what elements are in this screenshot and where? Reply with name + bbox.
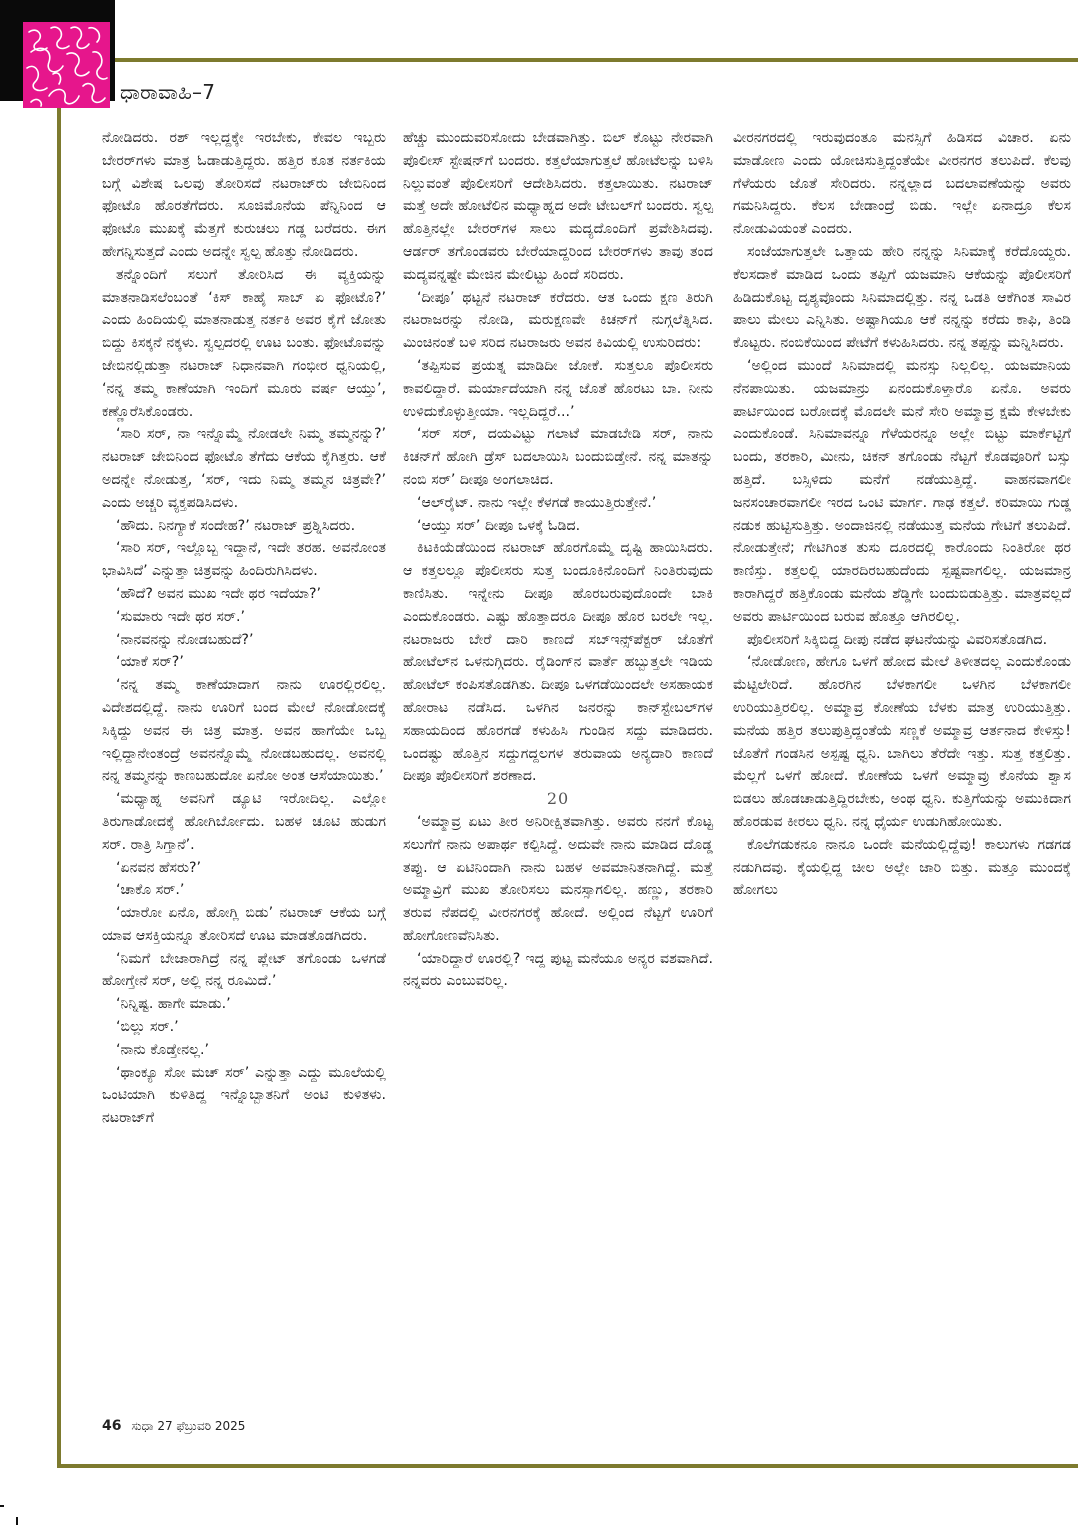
swirl-pattern-icon xyxy=(23,22,110,108)
section-number: 20 xyxy=(403,788,713,811)
paragraph: ‘ಏನವನ ಹೆಸರು?’ xyxy=(102,857,386,880)
paragraph: ‘ಹೌದೆ? ಅವನ ಮುಖ ಇದೇ ಥರ ಇದೆಯಾ?’ xyxy=(102,583,386,606)
paragraph: ‘ನಾನು ಕೊಡ್ತೇನಲ್ಲ.’ xyxy=(102,1039,386,1062)
paragraph: ‘ನಿನ್ನಿಷ್ಟ. ಹಾಗೇ ಮಾಡು.’ xyxy=(102,993,386,1016)
paragraph: ‘ಸರ್ ಸರ್, ದಯವಿಟ್ಟು ಗಲಾಟೆ ಮಾಡಬೇಡಿ ಸರ್, ನಾ… xyxy=(403,423,713,491)
paragraph: ‘ಆಯ್ತು ಸರ್’ ದೀಪೂ ಒಳಕ್ಕೆ ಓಡಿದ. xyxy=(403,515,713,538)
crop-mark xyxy=(0,1505,4,1507)
left-rule xyxy=(57,108,61,1468)
paragraph: ‘ತಪ್ಪಿಸುವ ಪ್ರಯತ್ನ ಮಾಡಿದೀ ಜೋಕೆ. ಸುತ್ತಲೂ ಪ… xyxy=(403,355,713,423)
paragraph: ಹೆಚ್ಚು ಮುಂದುವರಿಸೋದು ಬೇಡವಾಗಿತ್ತು. ಬಿಲ್ ಕೊ… xyxy=(403,127,713,287)
article-column-2: ಹೆಚ್ಚು ಮುಂದುವರಿಸೋದು ಬೇಡವಾಗಿತ್ತು. ಬಿಲ್ ಕೊ… xyxy=(403,127,713,993)
paragraph: ‘ಅಮ್ಮಾವ್ರ ಏಟು ತೀರ ಅನಿರೀಕ್ಷಿತವಾಗಿತ್ತು. ಅವ… xyxy=(403,811,713,948)
paragraph: ವೀರನಗರದಲ್ಲಿ ಇರುವುದಂತೂ ಮನಸ್ಸಿಗೆ ಹಿಡಿಸದ ವಿ… xyxy=(733,127,1071,241)
paragraph: ‘ಅಲ್ಲಿಂದ ಮುಂದೆ ಸಿನಿಮಾದಲ್ಲಿ ಮನಸ್ಸು ನಿಲ್ಲಲ… xyxy=(733,355,1071,629)
paragraph: ‘ನನ್ನ ತಮ್ಮ ಕಾಣೆಯಾದಾಗ ನಾನು ಊರಲ್ಲಿರಲಿಲ್ಲ. … xyxy=(102,674,386,788)
paragraph: ‘ಸಾರಿ ಸರ್, ನಾ ಇನ್ನೊಮ್ಮೆ ನೋಡಲೇ ನಿಮ್ಮ ತಮ್ಮ… xyxy=(102,423,386,514)
crop-mark xyxy=(16,1517,18,1525)
top-rule xyxy=(115,58,1078,62)
magazine-name: ಸುಧಾ xyxy=(131,1419,153,1433)
article-column-1: ನೋಡಿದರು. ರಶ್ ಇಲ್ಲದ್ದಕ್ಕೇ ಇರಬೇಕು, ಕೇವಲ ಇಬ… xyxy=(102,127,386,1130)
paragraph: ಕೊಲೆಗಡುಕನೂ ನಾನೂ ಒಂದೇ ಮನೆಯಲ್ಲಿದ್ದೆವು! ಕಾಲ… xyxy=(733,834,1071,902)
bottom-rule xyxy=(57,1464,1078,1468)
series-title: ಧಾರಾವಾಹಿ–7 xyxy=(120,80,215,104)
page-number: 46 xyxy=(102,1418,121,1434)
paragraph: ‘ಮಧ್ಯಾಹ್ನ ಅವನಿಗೆ ಡ್ಯೂಟಿ ಇರೋದಿಲ್ಲ. ಎಲ್ಲೋ … xyxy=(102,788,386,856)
paragraph: ‘ನಾನವನನ್ನು ನೋಡಬಹುದೆ?’ xyxy=(102,629,386,652)
paragraph: ಸಂಜೆಯಾಗುತ್ತಲೇ ಒತ್ತಾಯ ಹೇರಿ ನನ್ನನ್ನು ಸಿನಿಮ… xyxy=(733,241,1071,355)
paragraph: ‘ಬಿಲ್ಲು ಸರ್.’ xyxy=(102,1016,386,1039)
paragraph: ಕಿಟಕಿಯೆಡೆಯಿಂದ ನಟರಾಜ್ ಹೊರಗೊಮ್ಮೆ ದೃಷ್ಟಿ ಹಾ… xyxy=(403,537,713,788)
paragraph: ‘ಚಾಕೊ ಸರ್.’ xyxy=(102,879,386,902)
paragraph: ಪೊಲೀಸರಿಗೆ ಸಿಕ್ಕಿಬಿದ್ದ ದೀಪು ನಡೆದ ಘಟನೆಯನ್ನ… xyxy=(733,629,1071,652)
article-column-3: ವೀರನಗರದಲ್ಲಿ ಇರುವುದಂತೂ ಮನಸ್ಸಿಗೆ ಹಿಡಿಸದ ವಿ… xyxy=(733,127,1071,902)
paragraph: ‘ಸುಮಾರು ಇದೇ ಥರ ಸರ್.’ xyxy=(102,606,386,629)
paragraph: ‘ದೀಪೂ’ ಥಟ್ಟನೆ ನಟರಾಜ್ ಕರೆದರು. ಆತ ಒಂದು ಕ್ಷ… xyxy=(403,287,713,355)
paragraph: ‘ಆಲ್‌ರೈಟ್. ನಾನು ಇಲ್ಲೇ ಕೆಳಗಡೆ ಕಾಯುತ್ತಿರುತ… xyxy=(403,492,713,515)
paragraph: ‘ಸಾರಿ ಸರ್, ಇಲ್ಲೊಬ್ಬ ಇದ್ದಾನೆ, ಇದೇ ತರಹ. ಅವ… xyxy=(102,537,386,583)
page-footer: 46 ಸುಧಾ 27 ಫೆಬ್ರುವರಿ 2025 xyxy=(102,1418,245,1434)
paragraph: ‘ನಿಮಗೆ ಬೇಜಾರಾಗಿದ್ರೆ ನನ್ನ ಪ್ಲೇಟ್ ತಗೊಂಡು ಒ… xyxy=(102,948,386,994)
paragraph: ‘ಹೌದು. ನಿನಗ್ಯಾಕೆ ಸಂದೇಹ?’ ನಟರಾಜ್ ಪ್ರಶ್ನಿಸ… xyxy=(102,515,386,538)
paragraph: ‘ಯಾರಿದ್ದಾರೆ ಊರಲ್ಲಿ? ಇದ್ದ ಪುಟ್ಟ ಮನೆಯೂ ಅನ್… xyxy=(403,948,713,994)
issue-date: 27 ಫೆಬ್ರುವರಿ 2025 xyxy=(157,1419,245,1433)
paragraph: ‘ಯಾರೋ ಏನೊ, ಹೋಗ್ಲಿ ಬಿಡು’ ನಟರಾಜ್ ಆಕೆಯ ಬಗ್ಗ… xyxy=(102,902,386,948)
paragraph: ನೋಡಿದರು. ರಶ್ ಇಲ್ಲದ್ದಕ್ಕೇ ಇರಬೇಕು, ಕೇವಲ ಇಬ… xyxy=(102,127,386,264)
paragraph: ‘ಯಾಕೆ ಸರ್?’ xyxy=(102,651,386,674)
paragraph: ‘ಥಾಂಕ್ಯೂ ಸೋ ಮಚ್ ಸರ್’ ಎನ್ನುತ್ತಾ ಎದ್ದು ಮೂಲ… xyxy=(102,1062,386,1130)
series-logo-icon xyxy=(23,22,110,108)
paragraph: ‘ನೋಡೋಣ, ಹೇಗೂ ಒಳಗೆ ಹೋದ ಮೇಲೆ ತಿಳೀತದಲ್ಲ ಎಂದ… xyxy=(733,651,1071,833)
paragraph: ತನ್ನೊಂದಿಗೆ ಸಲುಗೆ ತೋರಿಸಿದ ಈ ವ್ಯಕ್ತಿಯನ್ನು … xyxy=(102,264,386,424)
